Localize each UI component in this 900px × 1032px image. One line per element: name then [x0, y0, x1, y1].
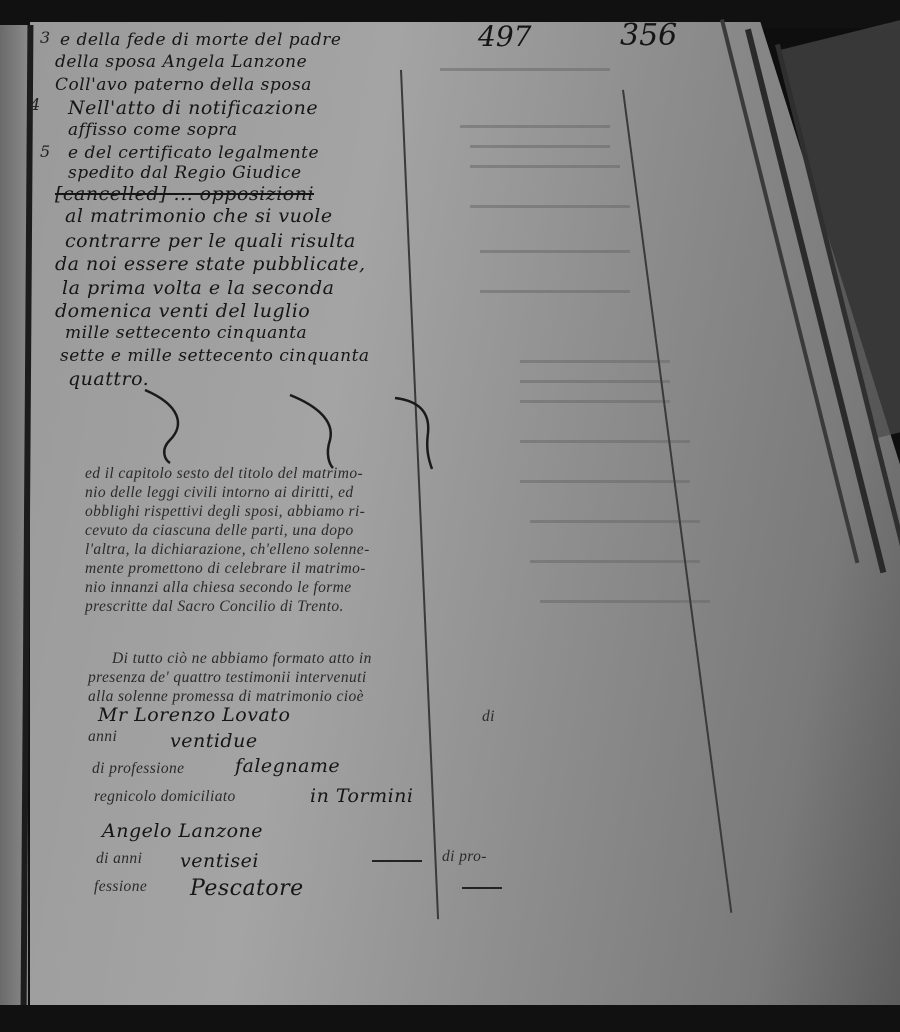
handwritten-line: e del certificato legalmente [68, 143, 319, 163]
printed-line: obblighi rispettivi degli sposi, abbiamo… [85, 503, 365, 521]
witness-1-domicile: in Tormini [310, 785, 413, 807]
field-label: di professione [92, 760, 184, 778]
witness-2-name: Angelo Lanzone [102, 820, 263, 842]
field-label: di anni [96, 850, 142, 868]
bleed-through-text [520, 360, 670, 363]
handwritten-line: della sposa Angela Lanzone [55, 52, 307, 72]
printed-line: l'altra, la dichiarazione, ch'elleno sol… [85, 541, 370, 559]
filler-squiggle [140, 385, 200, 465]
witness-1-profession: falegname [235, 755, 340, 777]
bleed-through-text [440, 68, 610, 71]
field-label: fessione [94, 878, 147, 896]
handwritten-line: da noi essere state pubblicate, [55, 253, 366, 275]
margin-number: 3 [40, 28, 50, 47]
handwritten-line-cancelled: [cancelled] ... opposizioni [55, 183, 314, 205]
bleed-through-text [470, 205, 630, 208]
printed-line: nio innanzi alla chiesa secondo le forme [85, 579, 352, 597]
bleed-through-text [530, 560, 700, 563]
printed-line: cevuto da ciascuna delle parti, una dopo [85, 522, 354, 540]
field-label: di pro- [442, 848, 487, 866]
printed-line: mente promettono di celebrare il matrimo… [85, 560, 366, 578]
handwritten-line: al matrimonio che si vuole [65, 205, 333, 227]
handwritten-line: affisso come sopra [68, 120, 238, 140]
old-folio-number: 497 [478, 20, 531, 53]
bleed-through-text [520, 480, 690, 483]
page-number: 356 [620, 18, 677, 53]
bleed-through-text [520, 400, 670, 403]
blank-fill-line [372, 860, 422, 862]
handwritten-line: la prima volta e la seconda [62, 277, 334, 299]
filler-squiggle [390, 393, 450, 473]
handwritten-line: contrarre per le quali risulta [65, 230, 356, 252]
handwritten-line: Coll'avo paterno della sposa [55, 75, 312, 95]
field-label: anni [88, 728, 117, 746]
witness-1-age: ventidue [170, 730, 258, 752]
bleed-through-text [460, 125, 610, 128]
bleed-through-text [540, 600, 710, 603]
field-label: regnicolo domiciliato [94, 788, 236, 806]
witness-2-profession: Pescatore [190, 876, 304, 901]
bleed-through-text [480, 250, 630, 253]
field-label: di [482, 708, 495, 726]
handwritten-line: quattro. [68, 368, 149, 390]
photo-background-bottom [0, 1005, 900, 1032]
blank-fill-line [462, 887, 502, 889]
printed-line: Di tutto ciò ne abbiamo formato atto in [112, 650, 372, 668]
printed-line: ed il capitolo sesto del titolo del matr… [85, 465, 363, 483]
margin-number: 4 [30, 95, 40, 114]
bleed-through-text [470, 165, 620, 168]
witness-2-age: ventisei [180, 850, 259, 872]
handwritten-line: domenica venti del luglio [55, 300, 310, 322]
handwritten-line: Nell'atto di notificazione [68, 97, 318, 119]
filler-squiggle [285, 390, 345, 470]
printed-line: presenza de' quattro testimonii interven… [88, 669, 367, 687]
handwritten-line: e della fede di morte del padre [60, 30, 341, 50]
handwritten-line: spedito dal Regio Giudice [68, 163, 302, 183]
witness-1-name: Mr Lorenzo Lovato [98, 704, 290, 726]
bleed-through-text [530, 520, 700, 523]
bleed-through-text [480, 290, 630, 293]
bleed-through-text [520, 380, 670, 383]
handwritten-line: mille settecento cinquanta [65, 323, 307, 343]
bleed-through-text [520, 440, 690, 443]
margin-number: 5 [40, 142, 50, 161]
printed-line: nio delle leggi civili intorno ai diritt… [85, 484, 354, 502]
handwritten-line: sette e mille settecento cinquanta [60, 346, 370, 366]
bleed-through-text [470, 145, 610, 148]
printed-line: prescritte dal Sacro Concilio di Trento. [85, 598, 344, 616]
